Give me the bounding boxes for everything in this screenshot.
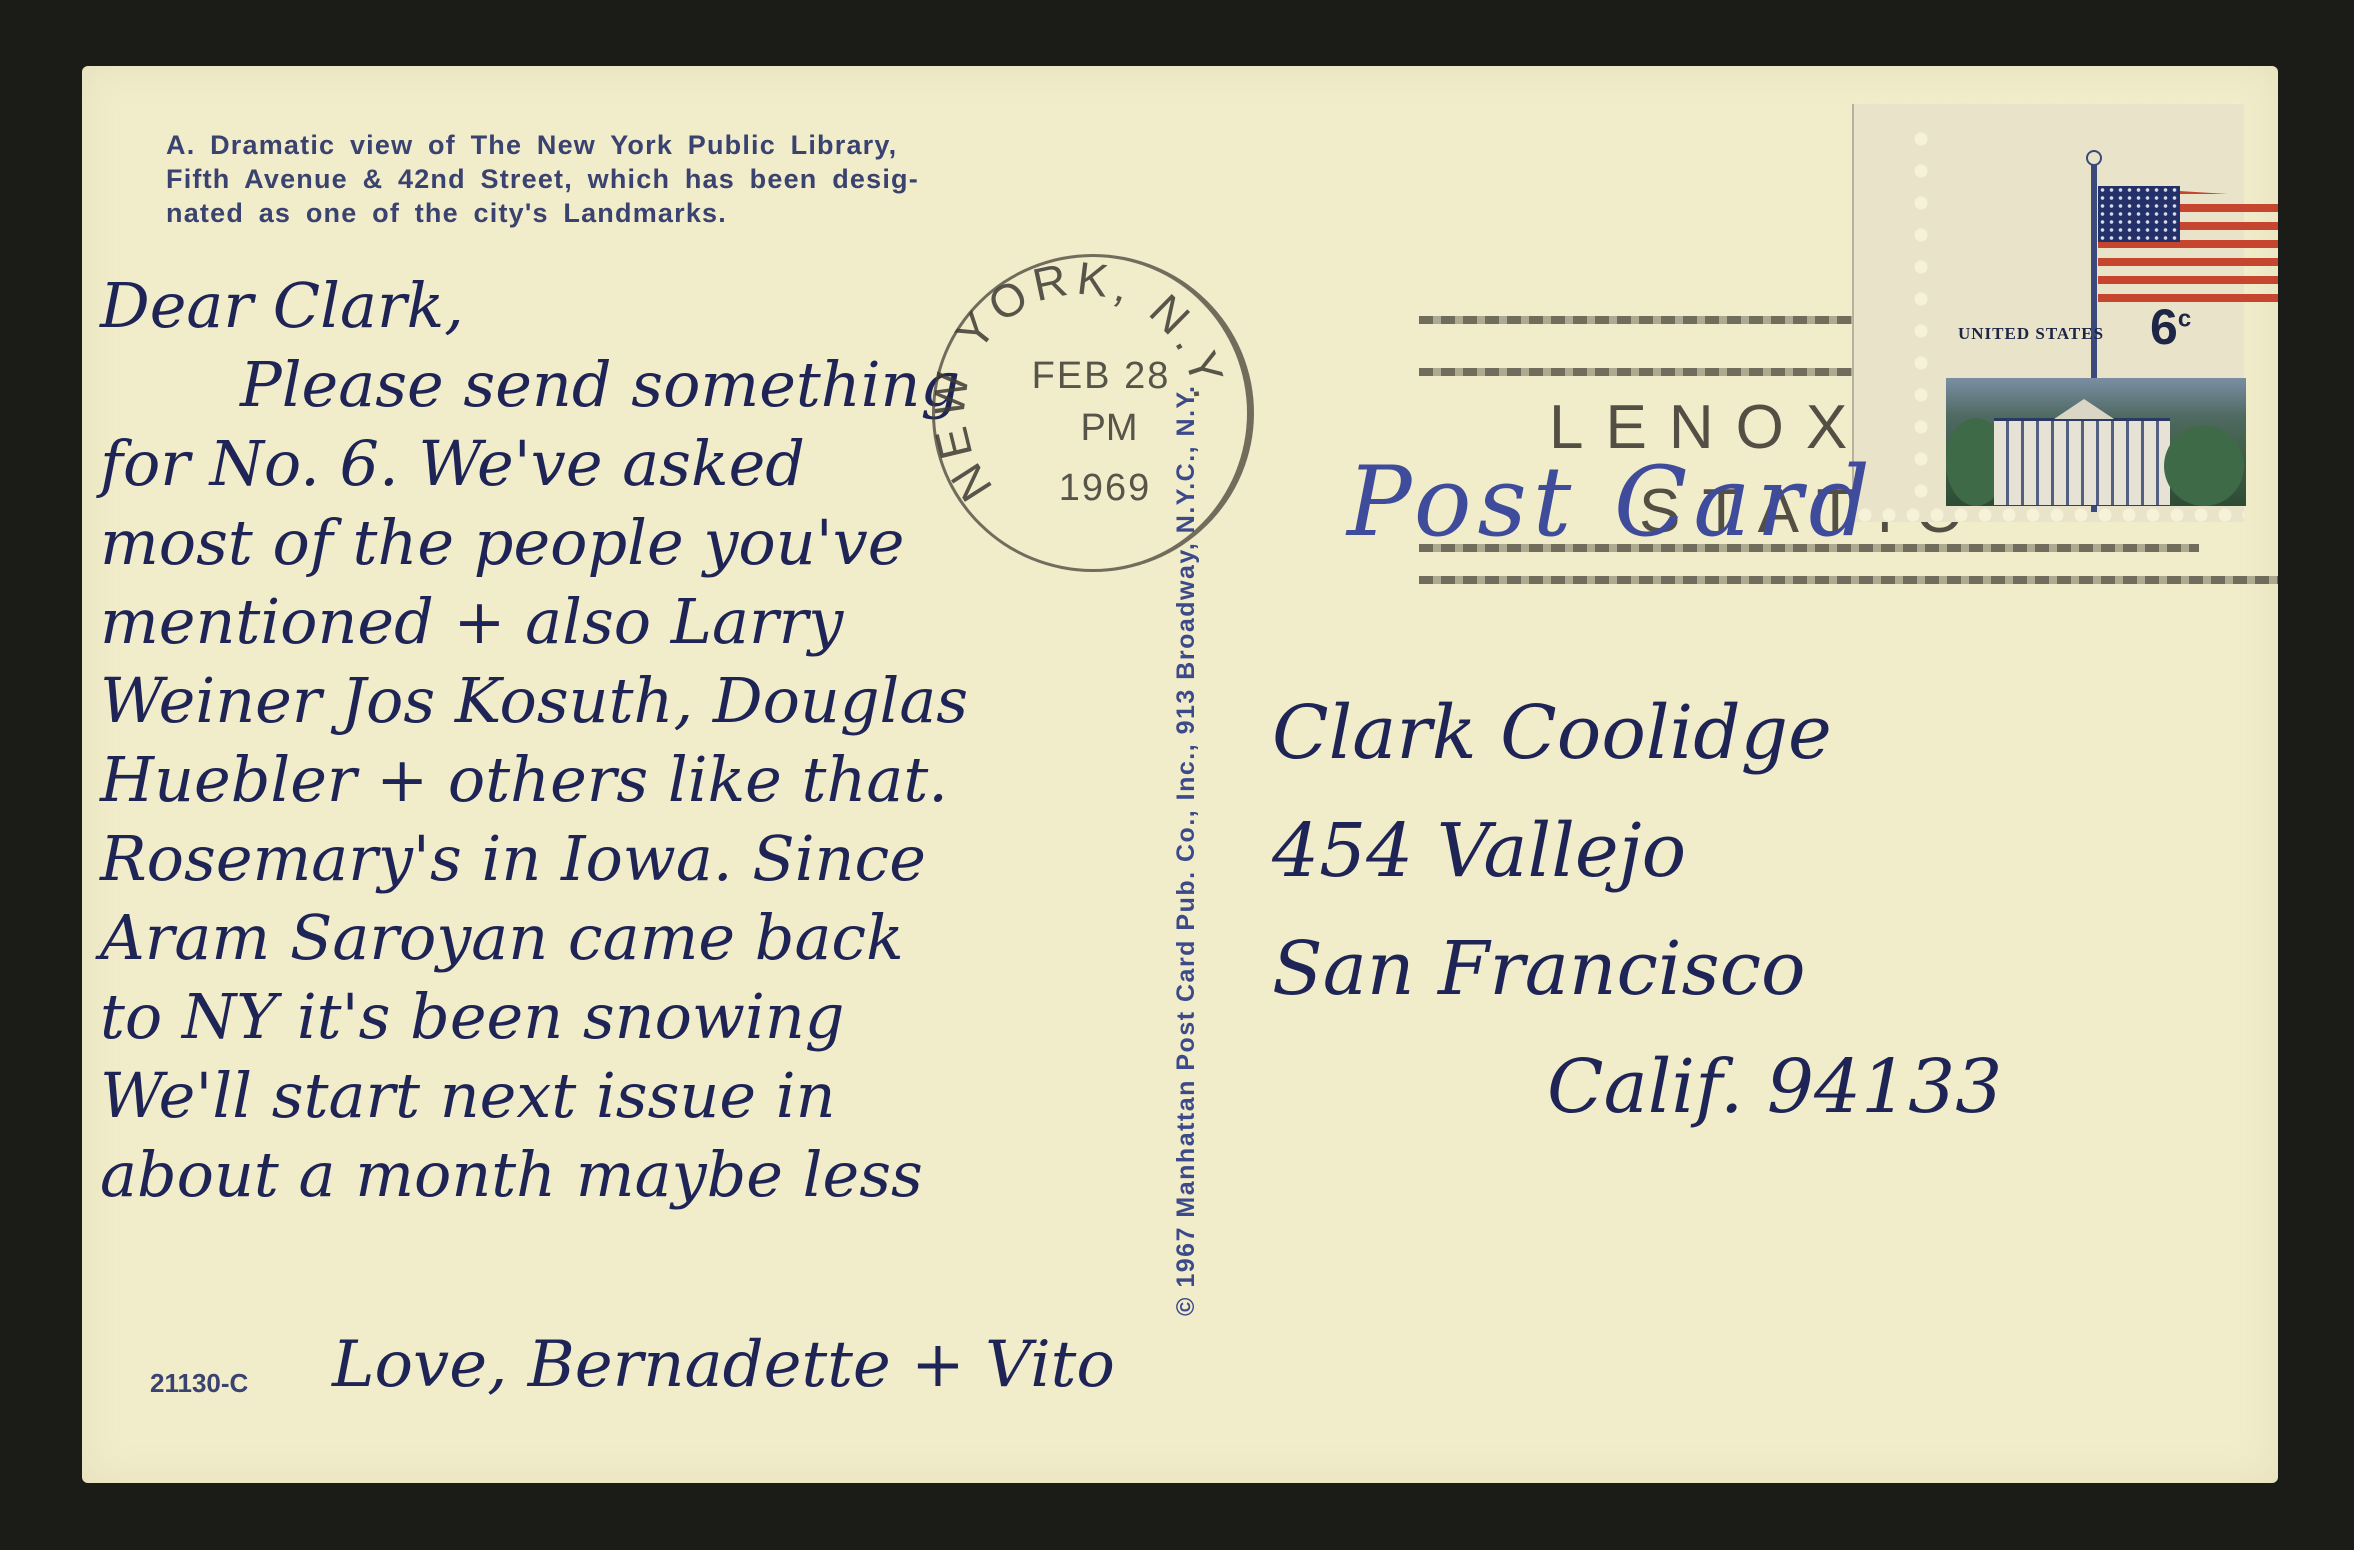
address-street: 454 Vallejo [1272, 792, 2002, 910]
message-line: We'll start next issue in [100, 1056, 1190, 1135]
cancel-bar [1419, 576, 2278, 584]
postmark: NEW YORK, N.Y. FEB 28 PM 1969 [932, 254, 1254, 572]
stamp-perforation [1854, 98, 2244, 110]
message-line: mentioned + also Larry [100, 582, 1190, 661]
message-line: to NY it's been snowing [100, 977, 1190, 1056]
american-flag-icon [2098, 186, 2278, 310]
message-line: Weiner Jos Kosuth, Douglas [100, 661, 1190, 740]
card-number: 21130-C [150, 1368, 248, 1399]
stamp-country: UNITED STATES [1958, 324, 2104, 344]
stamp-perforation [1914, 132, 1928, 512]
message-line: Rosemary's in Iowa. Since [100, 819, 1190, 898]
stamp-denomination: 6c [2150, 298, 2191, 356]
address-name: Clark Coolidge [1272, 674, 2002, 792]
postcard-caption: A. Dramatic view of The New York Public … [166, 128, 1186, 230]
message-line: Huebler + others like that. [100, 740, 1190, 819]
recipient-address: Clark Coolidge 454 Vallejo San Francisco… [1272, 674, 2002, 1146]
tree-icon [2164, 426, 2244, 506]
stamp-perforation [1854, 508, 2244, 522]
caption-line: A. Dramatic view of The New York Public … [166, 128, 1186, 162]
postcard-back: A. Dramatic view of The New York Public … [82, 66, 2278, 1483]
address-city: San Francisco [1272, 910, 2002, 1028]
postmark-date: FEB 28 [945, 355, 1257, 398]
white-house-icon [1946, 378, 2246, 506]
signature: Love, Bernadette + Vito [332, 1328, 1115, 1402]
postmark-time: PM [953, 407, 1265, 450]
post-card-title: Post Card [1347, 446, 1876, 558]
postage-stamp: UNITED STATES 6c [1852, 104, 2244, 522]
postmark-year: 1969 [949, 467, 1261, 510]
message-line: Aram Saroyan came back [100, 898, 1190, 977]
caption-line: Fifth Avenue & 42nd Street, which has be… [166, 162, 1186, 196]
message-line: about a month maybe less [100, 1135, 1190, 1214]
address-state-zip: Calif. 94133 [1272, 1028, 2002, 1146]
caption-line: nated as one of the city's Landmarks. [166, 196, 1186, 230]
